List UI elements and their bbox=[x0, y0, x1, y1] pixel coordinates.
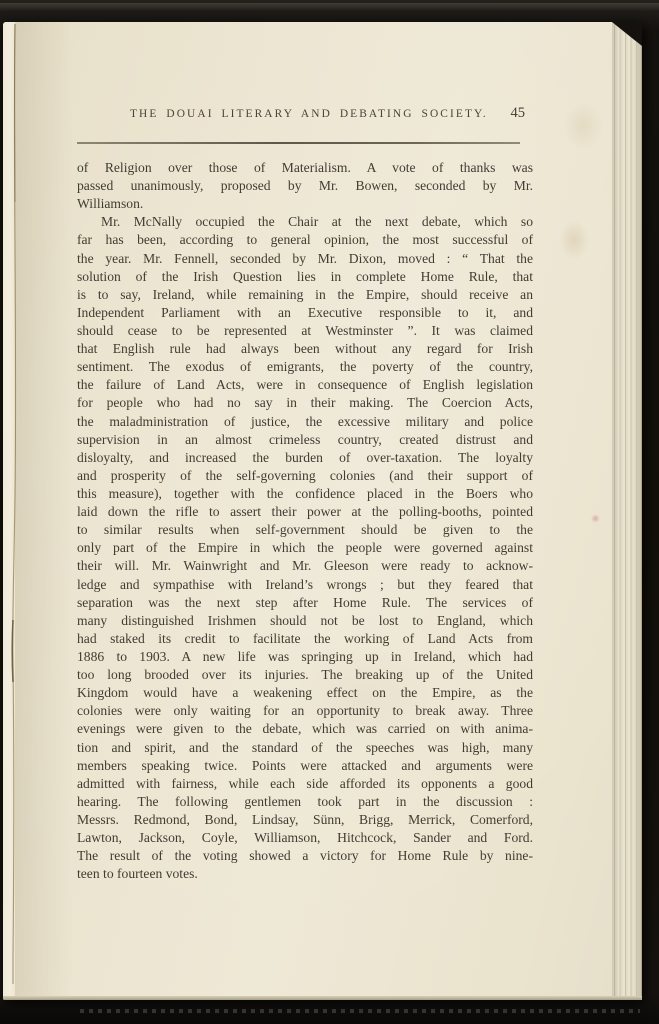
text-line: supervision in an almost crimeless count… bbox=[77, 431, 533, 449]
text-line: separation was the next step after Home … bbox=[77, 594, 533, 612]
cover-top-sheen bbox=[0, 3, 659, 11]
foxing-stain bbox=[559, 220, 589, 260]
text-line: Williamson. bbox=[77, 195, 533, 213]
text-line: solution of the Irish Question lies in c… bbox=[77, 268, 533, 286]
cover-bottom-stitch bbox=[80, 1009, 640, 1013]
paragraph: of Religion over those of Materialism. A… bbox=[77, 159, 533, 213]
text-line: many distinguished Irishmen should not b… bbox=[77, 612, 533, 630]
text-line: their will. Mr. Wainwright and Mr. Glees… bbox=[77, 557, 533, 575]
text-line: Lawton, Jackson, Coyle, Williamson, Hitc… bbox=[77, 829, 533, 847]
header-rule bbox=[77, 142, 520, 144]
page-bottom-edge bbox=[3, 996, 642, 1000]
text-line: far has been, according to general opini… bbox=[77, 231, 533, 249]
text-line: is to say, Ireland, while remaining in t… bbox=[77, 286, 533, 304]
text-line: laid down the rifle to assert their powe… bbox=[77, 503, 533, 521]
text-line: passed unanimously, proposed by Mr. Bowe… bbox=[77, 177, 533, 195]
text-line: Messrs. Redmond, Bond, Lindsay, Sünn, Br… bbox=[77, 811, 533, 829]
text-line: ledge and sympathise with Ireland’s wron… bbox=[77, 576, 533, 594]
text-line: teen to fourteen votes. bbox=[77, 865, 533, 883]
text-line: that English rule had always been withou… bbox=[77, 340, 533, 358]
text-line: admitted with fairness, while each side … bbox=[77, 775, 533, 793]
text-line: hearing. The following gentlemen took pa… bbox=[77, 793, 533, 811]
text-line: for people who had no say in their makin… bbox=[77, 394, 533, 412]
text-line: tion and spirit, and the standard of the… bbox=[77, 739, 533, 757]
text-line: The result of the voting showed a victor… bbox=[77, 847, 533, 865]
text-line: members speaking twice. Points were atta… bbox=[77, 757, 533, 775]
text-line: Mr. McNally occupied the Chair at the ne… bbox=[77, 213, 533, 231]
text-line: Kingdom would have a weakening effect on… bbox=[77, 684, 533, 702]
text-line: sentiment. The exodus of emigrants, the … bbox=[77, 358, 533, 376]
text-line: the maladministration of justice, the ex… bbox=[77, 413, 533, 431]
pink-speck-stain bbox=[591, 514, 600, 523]
paragraph: Mr. McNally occupied the Chair at the ne… bbox=[77, 213, 533, 883]
fore-edge-page-stack bbox=[612, 22, 642, 1000]
running-head-title: THE DOUAI LITERARY AND DEBATING SOCIETY. bbox=[130, 108, 490, 120]
text-line: should cease to be represented at Westmi… bbox=[77, 322, 533, 340]
text-line: of Religion over those of Materialism. A… bbox=[77, 159, 533, 177]
text-line: too long brooded over its injuries. The … bbox=[77, 666, 533, 684]
foxing-stain bbox=[563, 102, 603, 150]
text-line: to similar results when self-government … bbox=[77, 521, 533, 539]
text-line: 1886 to 1903. A new life was springing u… bbox=[77, 648, 533, 666]
text-line: evenings were given to the debate, which… bbox=[77, 720, 533, 738]
text-line: colonies were only waiting for an opport… bbox=[77, 702, 533, 720]
book-page: THE DOUAI LITERARY AND DEBATING SOCIETY.… bbox=[3, 22, 642, 1000]
text-line: had staked its credit to facilitate the … bbox=[77, 630, 533, 648]
page-number: 45 bbox=[465, 105, 525, 122]
book-photo: THE DOUAI LITERARY AND DEBATING SOCIETY.… bbox=[0, 0, 659, 1024]
text-line: disloyalty, and increased the burden of … bbox=[77, 449, 533, 467]
text-block: of Religion over those of Materialism. A… bbox=[77, 159, 533, 883]
text-line: this measure), together with the confide… bbox=[77, 485, 533, 503]
gutter-shadow bbox=[15, 22, 73, 1000]
text-line: only part of the Empire in which the peo… bbox=[77, 539, 533, 557]
text-line: Independent Parliament with an Executive… bbox=[77, 304, 533, 322]
text-line: and prosperity of the self-governing col… bbox=[77, 467, 533, 485]
text-line: the year. Mr. Fennell, seconded by Mr. D… bbox=[77, 250, 533, 268]
text-line: the failure of Land Acts, were in conseq… bbox=[77, 376, 533, 394]
